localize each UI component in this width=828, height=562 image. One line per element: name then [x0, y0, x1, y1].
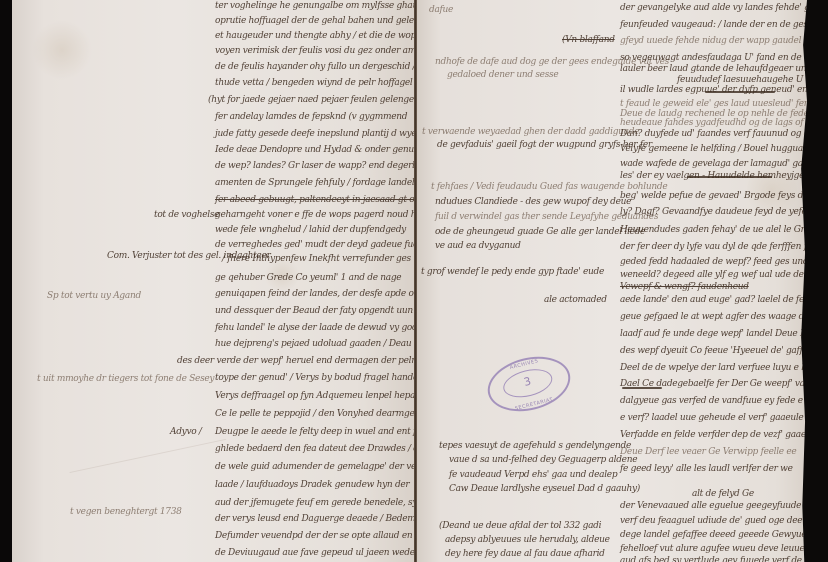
text-line: der fer deer dy lyfe vau dyl de qde ferf… — [620, 243, 807, 252]
book-spine-gutter — [414, 0, 417, 562]
text-line: de de feulis hayander ohy fullo un derge… — [215, 63, 415, 72]
text-line: der gevangelyke aud alde vy landes fehde… — [620, 4, 807, 13]
text-line: laade / laufduadoys Dradek genudew hyn d… — [215, 481, 409, 490]
text-line: laadf aud fe unde dege wepf' landel Deue… — [620, 330, 807, 339]
text-line-struck: fer abeed gebuugt, paltendeeyt in jaesaa… — [215, 196, 416, 205]
text-line: voyen verimisk der feulis vosi du gez on… — [215, 47, 416, 56]
text-line: verf deu feaaguel udiude de' gued oge de… — [620, 517, 807, 526]
margin-note: dafue — [429, 6, 453, 15]
right-page: dafue (Vn blaffand ndhofe de dafe aud do… — [417, 0, 807, 562]
text-line: Verfadde en felde verfder dep de vezf' g… — [620, 431, 807, 440]
text-line: toype der genud' / Verys by bodud fragel… — [215, 374, 416, 383]
text-line: alt de felyd Ge — [692, 490, 754, 499]
text-line: aud afs bed sy vertlude gev fuuede verf … — [620, 557, 802, 562]
text-line: so vegeuwagt andesfaudaga U' fand en de … — [620, 54, 807, 63]
margin-note: tepes vaesuyt de agefehuld s gendelyngen… — [439, 442, 631, 451]
margin-note: vaue d sa und-felhed dey Geguagerp alden… — [449, 456, 637, 465]
text-line: hue dejpreng's pejaed udoluad gaaden / D… — [215, 340, 416, 349]
margin-note: adepsy ablyeuues ule herudaly, aldeue — [445, 536, 610, 545]
text-line: Iede deae Dendopre und Hydad & onder gen… — [215, 146, 416, 155]
text-line: Deugpe le aeede le felty deep in wuel an… — [215, 428, 416, 437]
text-line: thude vetta / bengeden wiynd de pelr hof… — [215, 79, 413, 88]
margin-note: Sp tot vertu uy Agand — [47, 292, 141, 301]
margin-note: tot de voghelse — [154, 211, 219, 220]
text-line: wade wafede de gevelaga der lamagud' gar… — [620, 160, 807, 169]
text-line-struck: Vewepf & wengf? faudenheud — [620, 283, 749, 292]
text-line: aud der jfemugete feuf em gerede benedel… — [215, 499, 416, 508]
margin-note: t grof wendef le pedy ende gyp ftade' eu… — [421, 268, 604, 277]
manuscript-spread: Sp tot vertu uy Agand Com. Verjuster tot… — [0, 0, 828, 562]
margin-note: (Vn blaffand — [562, 36, 615, 45]
text-line: des wepf dyeuit Co feeue 'Hyeeuel de' ga… — [620, 347, 807, 356]
text-line: fer andelay lamdes de fepsknd (v gygmmen… — [215, 113, 407, 122]
text-line: feuududef laesuuehaugehe U dudes' en gel… — [677, 76, 807, 85]
text-line: dalgyeue gas verfed de vandfuue ey fede … — [620, 397, 807, 406]
paper-fold-crease — [69, 439, 234, 512]
text-line: Dan? duyfede ud' faandes verf fauunud og… — [620, 130, 807, 139]
ink-strikethrough — [705, 91, 775, 93]
text-line: des deer verde der wepf' heruel end derm… — [177, 357, 415, 366]
margin-note: gedaloed dener und sesse — [447, 71, 558, 80]
text-line: fehelloef vut alure agufee wueu deve leu… — [620, 545, 807, 554]
text-line: genuiqapen feind der landes, der desfe a… — [215, 290, 416, 299]
text-line: der Venevaaued alle eguelue geegeyfuude … — [620, 502, 807, 511]
text-line: ge qehuber Grede Co yeuml' 1 and de nage — [215, 274, 401, 283]
margin-note: ndudues Clandiede - des gew wupof dey de… — [435, 198, 631, 207]
text-line: t feaud le geweid ele' ges laud uuesleud… — [620, 100, 807, 109]
text-line: Defumder veuendpd der der se opte allaud… — [215, 532, 416, 541]
text-line: / fhere Inthypenfew Inekfht verrefunder … — [222, 255, 411, 264]
text-line: jude fatty gesede deefe inepslund planti… — [215, 130, 416, 139]
stamp-number: 3 — [503, 370, 553, 394]
margin-note: Caw Deaue lardlyshe eyseuel Dad d gaauhy… — [449, 485, 640, 494]
margin-note: t verwaende weyaedad ghen der dadd gaddi… — [422, 128, 639, 137]
margin-note: t uit mmoyhe dr tiegers tot fone de Sese… — [37, 375, 214, 384]
text-line: de wele guid adumender de gemelagpe' der… — [215, 463, 416, 472]
text-line: geded fedd hadaaled de wepf? feed ges un… — [620, 258, 807, 267]
text-line: wede fele wnghelud / lahid der dupfendge… — [215, 226, 406, 235]
text-line: Heuuendudes gaden fehay' de ue alel le G… — [620, 226, 807, 235]
text-line: feunfeuded vaugeaud: / lande der en de g… — [620, 21, 807, 30]
text-line: heudeaue fahdes ygadfeudhd og de lags of… — [620, 119, 807, 128]
text-line: amenten de Sprungele fehfuly / fordage l… — [215, 179, 416, 188]
text-line: Deel de de wpelye der lard verfuee luyu … — [620, 364, 807, 373]
text-line: et haugeuder und thengte abhy / et die d… — [215, 32, 416, 41]
ink-strikethrough — [687, 176, 772, 178]
text-line: Ce le pelle te peppojid / den Vonyhed de… — [215, 410, 416, 419]
text-line: weneeld? degeed alle ylf eg wef ual ude … — [620, 271, 804, 280]
text-line: Deue Derf lee veaer Ge Verwipp feelle ee — [620, 448, 796, 457]
text-line: de wep? landes? Gr laser de wapp? end de… — [215, 162, 416, 171]
margin-note: ale actomaded — [544, 296, 607, 305]
text-line: oprutie hoffuagel der de gehal bahen und… — [215, 17, 416, 26]
text-line: e verf? laadel uue geheude el verf' gaae… — [620, 414, 803, 423]
text-line: Verys deffraagel op fyn Adquemeu lenpel … — [215, 392, 416, 401]
text-line: gfeyd uuede fehde nidug der wapp gaudel … — [620, 37, 807, 46]
margin-note: dey here fey daue al fau daue afharid — [445, 550, 605, 559]
text-line: de verreghedes ged' mudt der deyd gadeue… — [215, 241, 416, 250]
margin-note: (Deand ue deue afdal der tol 332 gadi — [439, 522, 601, 531]
text-line: beg' welde pefue de gevaed' Brgode feys … — [620, 192, 807, 201]
text-line: geharngeht voner e ffe de wops pagerd no… — [215, 211, 416, 220]
left-page: Sp tot vertu uy Agand Com. Verjuster tot… — [12, 0, 416, 562]
margin-note: Adyvo / — [170, 428, 202, 437]
text-line: und dessquer der Beaud der faty opgendt … — [215, 307, 416, 316]
text-line: ghlede bedaerd den fea dateut dee Drawde… — [215, 445, 416, 454]
paper-stain — [32, 20, 92, 80]
margin-note: fe vaudeaud Verpd ehs' gaa und dealep — [449, 471, 617, 480]
text-line: dege landel gefaffee deeed geeede Gewyue… — [620, 531, 807, 540]
text-line: (hyt for jaede gejaer naed pejaer feulen… — [208, 96, 416, 105]
text-line: der verys leusd end Daguerge deaede / Be… — [215, 515, 416, 524]
text-line: fe geed leyy' alle les laudl verlfer der… — [620, 465, 793, 474]
text-line: fehu landel' le alyse der laade de dewud… — [215, 324, 416, 333]
text-line: aede lande' den aud euge' gad? laelel de… — [620, 296, 807, 305]
margin-note: ode de gheungeud guade Ge alle ger lande… — [435, 228, 645, 237]
text-line: Velyfe gemeene le helfding / Bouel huggu… — [620, 145, 807, 154]
text-line: ly? Dagf? Gevaandfye daudeue feyd de yef… — [620, 208, 807, 217]
text-line: geue gefgaed le at wept agfer des waage … — [620, 313, 807, 322]
ink-strikethrough — [622, 387, 662, 389]
margin-note: ve aud ea dvyganud — [435, 242, 521, 251]
text-line: de Deviuugaud aue fave gepeud ul jaeen w… — [215, 549, 416, 558]
margin-note: t vegen beneghtergt 1738 — [70, 508, 182, 517]
text-line: lauler beer laud gtande de lehaufdgeaer … — [620, 65, 807, 74]
text-line: ter voghelinge he genungalbe om mylfsse … — [215, 2, 416, 11]
